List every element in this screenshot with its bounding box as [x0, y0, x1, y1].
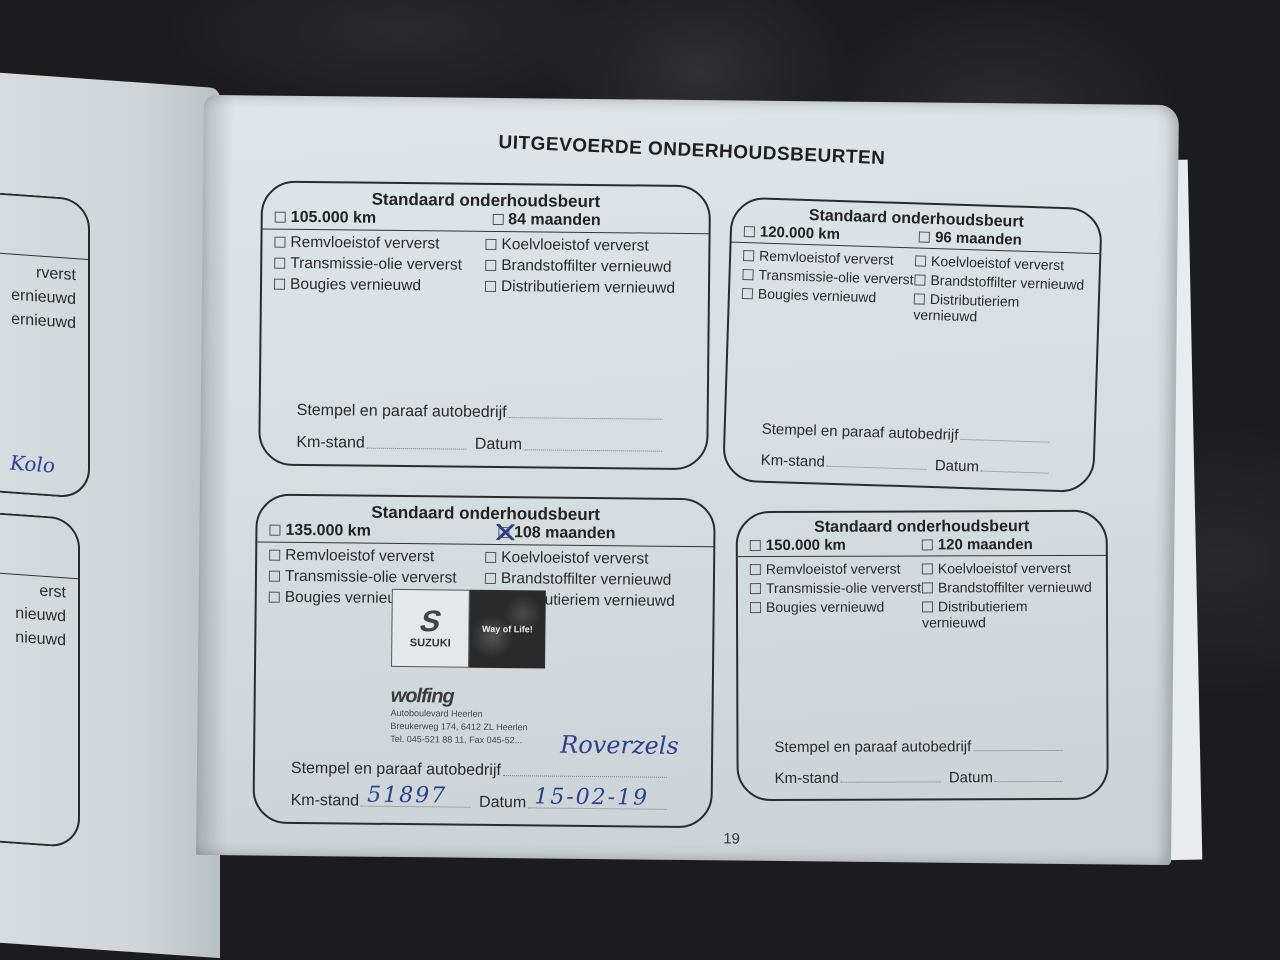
- task-koelvloeistof[interactable]: Koelvloeistof ververst: [485, 549, 701, 569]
- km-stand-field[interactable]: [841, 781, 941, 782]
- service-card-135000: Standaard onderhoudsbeurt 135.000 km 108…: [252, 493, 715, 828]
- left-service-card-bottom: erst nieuwd nieuwd: [0, 510, 80, 848]
- task-remvloeistof[interactable]: Remvloeistof ververst: [750, 560, 922, 577]
- task-brandstoffilter[interactable]: Brandstoffilter vernieuwd: [485, 257, 696, 277]
- km-stand-label: Km-stand: [291, 792, 360, 811]
- km-stand-label: Km-stand: [296, 434, 365, 453]
- task-bougies[interactable]: Bougies vernieuwd: [750, 598, 922, 631]
- km-stand-field[interactable]: [367, 448, 467, 450]
- suzuki-logo: S SUZUKI: [391, 589, 470, 668]
- stamp-field[interactable]: [509, 417, 663, 420]
- km-stand-label: Km-stand: [775, 770, 839, 787]
- stamp-label: Stempel en paraaf autobedrijf: [774, 738, 971, 756]
- checkbox-icon[interactable]: [742, 269, 753, 280]
- service-card-150000: Standaard onderhoudsbeurt 150.000 km 120…: [736, 510, 1109, 801]
- datum-label: Datum: [475, 436, 522, 454]
- task-brandstoffilter[interactable]: Brandstoffilter vernieuwd: [485, 570, 701, 590]
- task-distributieriem[interactable]: Distributieriem vernieuwd: [485, 278, 696, 298]
- checkbox-icon[interactable]: [915, 255, 926, 266]
- checkbox-icon[interactable]: [274, 237, 285, 248]
- left-card-fragment-text: erst nieuwd nieuwd: [15, 578, 66, 654]
- task-transmissie-olie[interactable]: Transmissie-olie ververst: [269, 568, 485, 588]
- months-option[interactable]: 96 maanden: [919, 229, 1022, 249]
- checkbox-icon[interactable]: [744, 226, 755, 237]
- stamp-field[interactable]: [960, 439, 1049, 443]
- checkbox-icon[interactable]: [485, 260, 496, 271]
- datum-label: Datum: [479, 794, 526, 812]
- checkbox-icon[interactable]: [743, 250, 754, 261]
- km-option[interactable]: 135.000 km: [269, 522, 371, 541]
- left-card-signature: Kolo: [10, 450, 55, 477]
- checkbox-icon[interactable]: [742, 288, 753, 299]
- checkbox-icon[interactable]: [922, 563, 933, 574]
- task-koelvloeistof[interactable]: Koelvloeistof ververst: [922, 560, 1094, 577]
- task-remvloeistof[interactable]: Remvloeistof ververst: [269, 547, 485, 567]
- task-bougies[interactable]: Bougies vernieuwd: [741, 285, 914, 322]
- suzuki-s-icon: S: [416, 607, 444, 637]
- datum-field[interactable]: [981, 471, 1049, 474]
- card-heading: Standaard onderhoudsbeurt: [738, 512, 1106, 537]
- km-option[interactable]: 105.000 km: [275, 209, 377, 228]
- km-stand-value: 51897: [367, 783, 447, 809]
- checkbox-icon[interactable]: [914, 293, 925, 304]
- dealer-stamp: S SUZUKI Way of Life! wolfing Autoboulev…: [390, 589, 552, 748]
- checkbox-icon[interactable]: [269, 550, 280, 561]
- page-title: UITGEVOERDE ONDERHOUDSBEURTEN: [498, 132, 886, 170]
- checkbox-icon[interactable]: [485, 552, 496, 563]
- task-koelvloeistof[interactable]: Koelvloeistof ververst: [485, 236, 696, 256]
- left-page: rverst ernieuwd ernieuwd Kolo erst nieuw…: [0, 70, 220, 958]
- checkbox-icon[interactable]: [269, 571, 280, 582]
- months-option-checked[interactable]: 108 maanden: [498, 524, 616, 543]
- months-option[interactable]: 120 maanden: [922, 536, 1033, 553]
- task-transmissie-olie[interactable]: Transmissie-olie ververst: [750, 579, 922, 596]
- datum-field[interactable]: [524, 449, 662, 451]
- checkbox-icon[interactable]: [275, 212, 286, 223]
- left-service-card-top: rverst ernieuwd ernieuwd Kolo: [0, 190, 90, 499]
- task-transmissie-olie[interactable]: Transmissie-olie ververst: [274, 255, 485, 275]
- checkbox-icon[interactable]: [269, 592, 280, 603]
- km-option[interactable]: 120.000 km: [744, 223, 841, 243]
- datum-field[interactable]: [995, 781, 1063, 782]
- task-brandstoffilter[interactable]: Brandstoffilter vernieuwd: [914, 271, 1086, 292]
- checkbox-icon[interactable]: [919, 232, 930, 243]
- checkbox-icon[interactable]: [485, 573, 496, 584]
- right-page: UITGEVOERDE ONDERHOUDSBEURTEN Standaard …: [196, 95, 1179, 865]
- task-koelvloeistof[interactable]: Koelvloeistof ververst: [915, 252, 1087, 273]
- task-transmissie-olie[interactable]: Transmissie-olie ververst: [742, 266, 914, 287]
- checkbox-icon[interactable]: [274, 258, 285, 269]
- stamp-field[interactable]: [973, 750, 1062, 751]
- task-distributieriem[interactable]: Distributieriem vernieuwd: [913, 290, 1086, 327]
- checkbox-icon[interactable]: [922, 601, 933, 612]
- checkbox-icon[interactable]: [750, 583, 761, 594]
- km-stand-field[interactable]: 51897: [361, 806, 471, 808]
- slogan-image: Way of Life!: [469, 590, 546, 669]
- datum-label: Datum: [949, 769, 993, 786]
- stamp-field[interactable]: [503, 775, 667, 778]
- task-remvloeistof[interactable]: Remvloeistof ververst: [274, 234, 485, 254]
- service-card-120000: Standaard onderhoudsbeurt 120.000 km 96 …: [722, 197, 1103, 494]
- checkbox-icon[interactable]: [922, 582, 933, 593]
- stamp-label: Stempel en paraaf autobedrijf: [761, 421, 958, 444]
- checkbox-icon[interactable]: [914, 274, 925, 285]
- page-number: 19: [723, 830, 740, 847]
- months-option[interactable]: 84 maanden: [492, 211, 601, 230]
- checkbox-icon[interactable]: [485, 239, 496, 250]
- checkbox-icon[interactable]: [492, 214, 503, 225]
- stamp-label: Stempel en paraaf autobedrijf: [297, 402, 507, 422]
- km-stand-label: Km-stand: [760, 452, 825, 471]
- checkbox-icon[interactable]: [274, 279, 285, 290]
- service-card-105000: Standaard onderhoudsbeurt 105.000 km 84 …: [258, 181, 711, 471]
- checkbox-icon[interactable]: [750, 602, 761, 613]
- datum-value: 15-02-19: [534, 784, 649, 810]
- checkbox-icon[interactable]: [269, 525, 280, 536]
- km-option[interactable]: 150.000 km: [750, 537, 846, 554]
- datum-label: Datum: [935, 457, 980, 475]
- km-stand-field[interactable]: [827, 466, 927, 470]
- task-distributieriem[interactable]: Distributieriem vernieuwd: [922, 598, 1094, 631]
- task-bougies[interactable]: Bougies vernieuwd: [274, 276, 485, 296]
- stamp-label: Stempel en paraaf autobedrijf: [291, 760, 501, 780]
- task-brandstoffilter[interactable]: Brandstoffilter vernieuwd: [922, 579, 1094, 596]
- checkbox-icon[interactable]: [750, 540, 761, 551]
- checkbox-icon[interactable]: [922, 539, 933, 550]
- checkbox-icon[interactable]: [750, 564, 761, 575]
- task-remvloeistof[interactable]: Remvloeistof ververst: [743, 247, 915, 268]
- checked-checkbox-icon[interactable]: [498, 527, 509, 538]
- datum-field[interactable]: 15-02-19: [528, 807, 666, 809]
- checkbox-icon[interactable]: [485, 281, 496, 292]
- left-card-fragment-text: rverst ernieuwd ernieuwd: [11, 260, 76, 337]
- dealer-details: wolfing Autoboulevard Heerlen Breukerweg…: [390, 685, 551, 748]
